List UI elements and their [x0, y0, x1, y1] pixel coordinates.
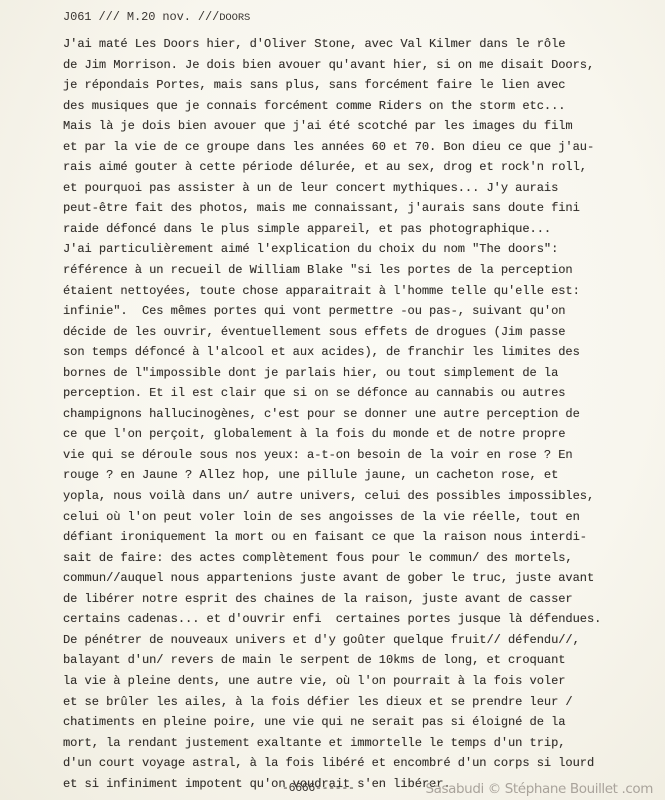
text-line: Mais là je dois bien avouer que j'ai été… — [63, 116, 663, 137]
text-line: J'ai maté Les Doors hier, d'Oliver Stone… — [63, 34, 663, 55]
text-line: et pourquoi pas assister à un de leur co… — [63, 178, 663, 199]
text-line: balayant d'un/ revers de main le serpent… — [63, 650, 663, 671]
text-line: la vie à pleine dents, une autre vie, où… — [63, 671, 663, 692]
text-line: référence à un recueil de William Blake … — [63, 260, 663, 281]
text-line: celui où l'on peut voler loin de ses ang… — [63, 507, 663, 528]
text-line: étaient nettoyées, toute chose apparaitr… — [63, 281, 663, 302]
text-line: rouge ? en Jaune ? Allez hop, une pillul… — [63, 465, 663, 486]
header-tag: DOORS — [219, 12, 250, 24]
text-line: commun//auquel nous appartenions juste a… — [63, 568, 663, 589]
header-reference: J061 /// M.20 nov. /// — [63, 10, 219, 24]
text-line: mort, la rendant justement exaltante et … — [63, 733, 663, 754]
text-line: et se brûler les ailes, à la fois défier… — [63, 692, 663, 713]
document-header: J061 /// M.20 nov. ///DOORS — [63, 10, 250, 24]
text-line: infinie". Ces mêmes portes qui vont perm… — [63, 301, 663, 322]
copyright-watermark: Sasabudi © Stéphane Bouillet .com — [425, 781, 653, 797]
text-line: certains cadenas... et d'ouvrir enfi cer… — [63, 609, 663, 630]
text-line: champignons hallucinogènes, c'est pour s… — [63, 404, 663, 425]
text-line: je répondais Portes, mais sans plus, san… — [63, 75, 663, 96]
document-body: J'ai maté Les Doors hier, d'Oliver Stone… — [63, 34, 663, 794]
text-line: bornes de l"impossible dont je parlais h… — [63, 363, 663, 384]
text-line: de libérer notre esprit des chaines de l… — [63, 589, 663, 610]
text-line: de Jim Morrison. Je dois bien avouer qu'… — [63, 55, 663, 76]
text-line: chatiments en pleine poire, une vie qui … — [63, 712, 663, 733]
text-line: yopla, nous voilà dans un/ autre univers… — [63, 486, 663, 507]
text-line: ce que l'on perçoit, globalement à la fo… — [63, 424, 663, 445]
text-line: et par la vie de ce groupe dans les anné… — [63, 137, 663, 158]
text-line: perception. Et il est clair que si on se… — [63, 383, 663, 404]
text-line: sait de faire: des actes complètement fo… — [63, 548, 663, 569]
text-line: des musiques que je connais forcément co… — [63, 96, 663, 117]
typewritten-page: J061 /// M.20 nov. ///DOORS J'ai maté Le… — [0, 0, 665, 800]
text-line: rais aimé gouter à cette période délurée… — [63, 157, 663, 178]
text-line: d'un court voyage astral, à la fois libé… — [63, 753, 663, 774]
text-line: De pénétrer de nouveaux univers et d'y g… — [63, 630, 663, 651]
signature-line: -6666------ — [282, 782, 355, 795]
text-line: décide de les ouvrir, éventuellement sou… — [63, 322, 663, 343]
text-line: raide défoncé dans le plus simple appare… — [63, 219, 663, 240]
text-line: vie qui se déroule sous nos yeux: a-t-on… — [63, 445, 663, 466]
text-line: défiant ironiquement la mort ou en faisa… — [63, 527, 663, 548]
text-line: peut-être fait des photos, mais me conna… — [63, 198, 663, 219]
text-line: son temps défoncé à l'alcool et aux acid… — [63, 342, 663, 363]
text-line: J'ai particulièrement aimé l'explication… — [63, 239, 663, 260]
